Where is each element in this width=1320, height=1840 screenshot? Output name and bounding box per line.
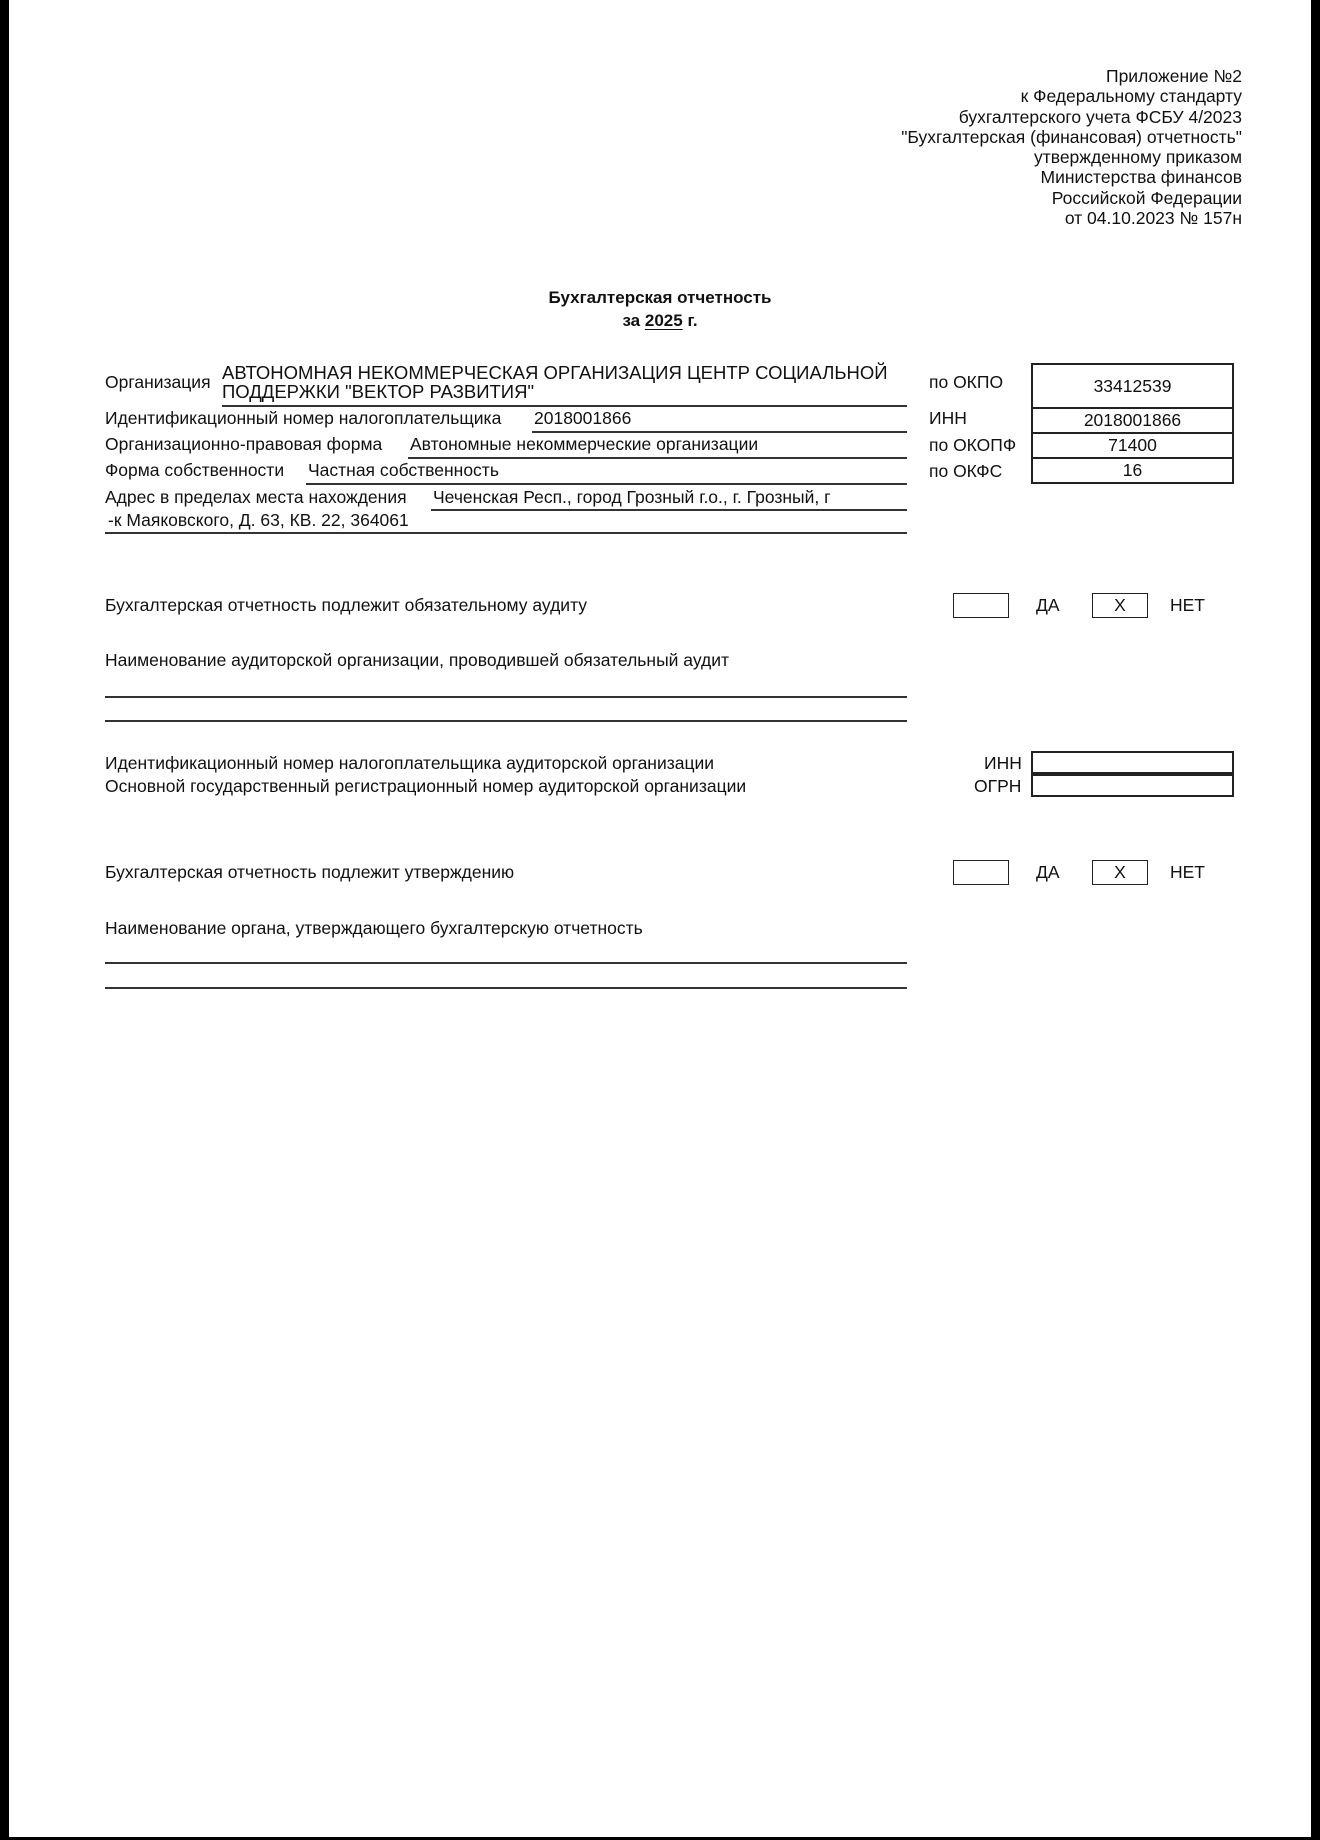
audit-no-checkbox[interactable]: X xyxy=(1092,593,1148,618)
organization-underline xyxy=(222,405,907,407)
appendix-line: утвержденному приказом xyxy=(901,147,1242,167)
okpo-label: по ОКПО xyxy=(929,372,1003,393)
inn-label: Идентификационный номер налогоплательщик… xyxy=(105,408,501,429)
inn-value: 2018001866 xyxy=(534,408,631,429)
reporting-period: за 2025 г. xyxy=(0,311,1320,331)
audit-question: Бухгалтерская отчетность подлежит обязат… xyxy=(105,595,587,616)
auditor-inn-short-label: ИНН xyxy=(984,753,1022,774)
legal-form-underline xyxy=(408,457,907,459)
codes-table: 33412539 2018001866 71400 16 xyxy=(1031,363,1234,484)
address-label: Адрес в пределах места нахождения xyxy=(105,487,407,508)
address-line1: Чеченская Респ., город Грозный г.о., г. … xyxy=(433,487,831,508)
approving-body-line-1[interactable] xyxy=(105,962,907,964)
legal-form-value: Автономные некоммерческие организации xyxy=(410,434,758,455)
appendix-line: "Бухгалтерская (финансовая) отчетность" xyxy=(901,127,1242,147)
ownership-underline xyxy=(306,483,907,485)
okfs-value: 16 xyxy=(1032,458,1233,483)
auditor-inn-label: Идентификационный номер налогоплательщик… xyxy=(105,753,714,774)
appendix-line: от 04.10.2023 № 157н xyxy=(901,208,1242,228)
organization-label: Организация xyxy=(105,372,211,393)
codes-inn-value: 2018001866 xyxy=(1032,408,1233,433)
audit-no-label: НЕТ xyxy=(1170,595,1205,616)
period-suffix: г. xyxy=(687,311,697,330)
legal-form-label: Организационно-правовая форма xyxy=(105,434,382,455)
ownership-value: Частная собственность xyxy=(308,460,499,481)
approving-body-label: Наименование органа, утверждающего бухга… xyxy=(105,918,643,939)
okpo-value: 33412539 xyxy=(1032,364,1233,408)
okfs-label: по ОКФС xyxy=(929,461,1002,482)
approval-yes-checkbox[interactable] xyxy=(953,860,1009,885)
audit-yes-label: ДА xyxy=(1036,595,1060,616)
address-line2: -к Маяковского, Д. 63, КВ. 22, 364061 xyxy=(108,510,409,531)
auditor-name-line-1[interactable] xyxy=(105,696,907,698)
approval-no-checkbox[interactable]: X xyxy=(1092,860,1148,885)
address-underline-1 xyxy=(431,509,907,511)
audit-yes-checkbox[interactable] xyxy=(953,593,1009,618)
period-prefix: за xyxy=(622,311,640,330)
approval-question: Бухгалтерская отчетность подлежит утверж… xyxy=(105,862,514,883)
organization-name-line2: ПОДДЕРЖКИ "ВЕКТОР РАЗВИТИЯ" xyxy=(222,381,534,403)
auditor-name-label: Наименование аудиторской организации, пр… xyxy=(105,650,729,671)
okopf-value: 71400 xyxy=(1032,433,1233,458)
appendix-line: к Федеральному стандарту xyxy=(901,86,1242,106)
auditor-ogrn-field[interactable] xyxy=(1031,774,1234,797)
auditor-ogrn-label: Основной государственный регистрационный… xyxy=(105,776,746,797)
address-underline-2 xyxy=(105,532,907,534)
okopf-label: по ОКОПФ xyxy=(929,435,1016,456)
auditor-name-line-2[interactable] xyxy=(105,720,907,722)
appendix-line: бухгалтерского учета ФСБУ 4/2023 xyxy=(901,107,1242,127)
approval-no-label: НЕТ xyxy=(1170,862,1205,883)
approving-body-line-2[interactable] xyxy=(105,987,907,989)
inn-underline xyxy=(532,431,907,433)
ownership-label: Форма собственности xyxy=(105,460,284,481)
appendix-reference: Приложение №2 к Федеральному стандарту б… xyxy=(901,66,1242,228)
reporting-year: 2025 xyxy=(645,311,683,330)
codes-inn-label: ИНН xyxy=(929,408,967,429)
appendix-line: Российской Федерации xyxy=(901,188,1242,208)
appendix-line: Министерства финансов xyxy=(901,167,1242,187)
auditor-ogrn-short-label: ОГРН xyxy=(974,776,1021,797)
document-title: Бухгалтерская отчетность xyxy=(0,288,1320,308)
appendix-line: Приложение №2 xyxy=(901,66,1242,86)
approval-yes-label: ДА xyxy=(1036,862,1060,883)
auditor-inn-field[interactable] xyxy=(1031,751,1234,774)
